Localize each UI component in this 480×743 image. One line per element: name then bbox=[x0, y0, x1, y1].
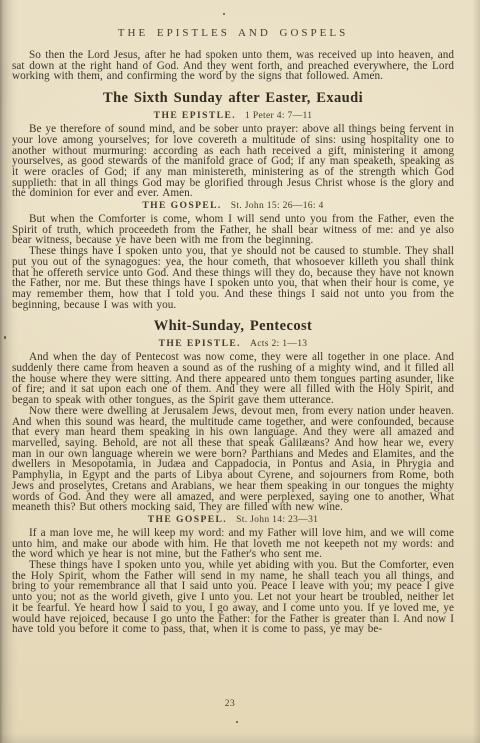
epistle-label: THE EPISTLE. bbox=[154, 110, 236, 121]
epistle-heading-1: THE EPISTLE.1 Peter 4: 7—11 bbox=[12, 110, 454, 121]
section-title-whit-sunday: Whit-Sunday, Pentecost bbox=[12, 318, 454, 335]
gospel-paragraph: These things have I spoken unto you, whi… bbox=[12, 560, 454, 635]
gospel-paragraph: But when the Comforter is come, whom I w… bbox=[12, 214, 454, 246]
gospel-paragraph: If a man love me, he will keep my word: … bbox=[12, 528, 454, 560]
epistle-reference: Acts 2: 1—13 bbox=[250, 338, 307, 349]
gospel-label: THE GOSPEL. bbox=[142, 200, 221, 211]
epistle-label: THE EPISTLE. bbox=[159, 338, 241, 349]
epistle-heading-2: THE EPISTLE.Acts 2: 1—13 bbox=[12, 338, 454, 349]
page-edge-shadow-right bbox=[472, 0, 480, 743]
book-page: THE EPISTLES AND GOSPELS So then the Lor… bbox=[0, 0, 480, 743]
epistle-paragraph: Now there were dwelling at Jerusalem Jew… bbox=[12, 406, 454, 513]
gospel-heading-1: THE GOSPEL.St. John 15: 26—16: 4 bbox=[12, 200, 454, 211]
epistle-paragraph: Be ye therefore of sound mind, and be so… bbox=[12, 124, 454, 199]
gospel-label: THE GOSPEL. bbox=[148, 514, 227, 525]
continuation-paragraph: So then the Lord Jesus, after he had spo… bbox=[12, 50, 454, 82]
gospel-reference: St. John 14: 23—31 bbox=[236, 514, 318, 525]
running-head: THE EPISTLES AND GOSPELS bbox=[12, 27, 454, 39]
page-edge-shadow-bottom bbox=[0, 733, 480, 743]
page-content: THE EPISTLES AND GOSPELS So then the Lor… bbox=[12, 0, 454, 635]
page-number: 23 bbox=[0, 699, 460, 709]
epistle-reference: 1 Peter 4: 7—11 bbox=[245, 110, 312, 121]
section-title-sixth-sunday-after-easter: The Sixth Sunday after Easter, Exaudi bbox=[12, 90, 454, 107]
gospel-reference: St. John 15: 26—16: 4 bbox=[231, 200, 324, 211]
epistle-paragraph: And when the day of Pentecost was now co… bbox=[12, 352, 454, 406]
ink-speck bbox=[4, 336, 6, 339]
gospel-heading-2: THE GOSPEL.St. John 14: 23—31 bbox=[12, 514, 454, 525]
ink-speck bbox=[236, 721, 238, 723]
gospel-paragraph: These things have I spoken unto you, tha… bbox=[12, 246, 454, 310]
